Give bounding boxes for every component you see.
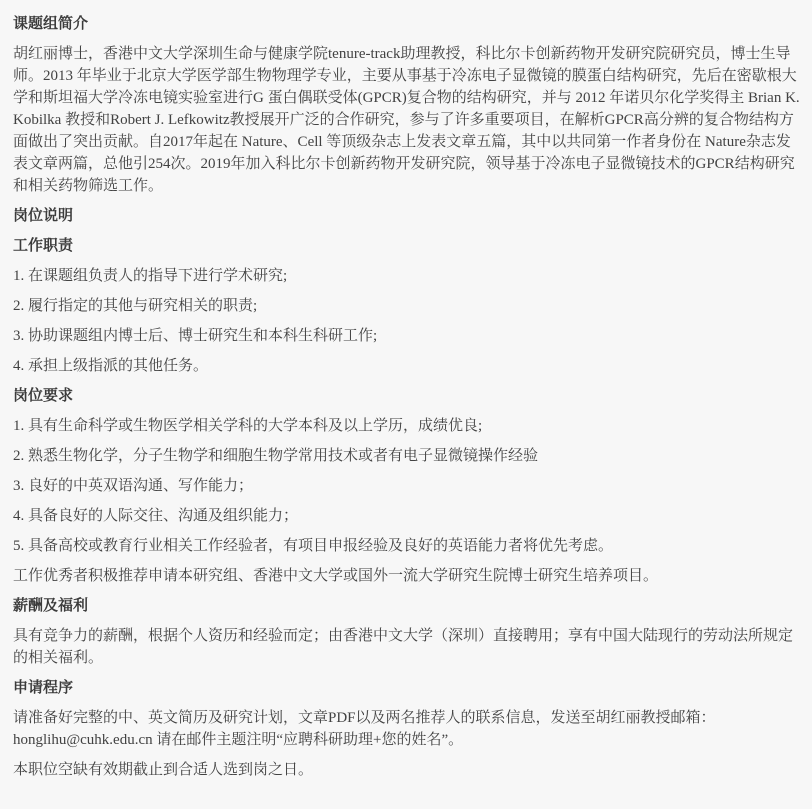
heading-salary-benefits: 薪酬及福利 — [13, 595, 800, 617]
duty-item-2: 2. 履行指定的其他与研究相关的职责; — [13, 295, 800, 317]
requirement-item-5: 5. 具备高校或教育行业相关工作经验者，有项目申报经验及良好的英语能力者将优先考… — [13, 535, 800, 557]
salary-benefits-paragraph: 具有竞争力的薪酬，根据个人资历和经验而定；由香港中文大学（深圳）直接聘用；享有中… — [13, 625, 800, 669]
requirement-item-3: 3. 良好的中英双语沟通、写作能力； — [13, 475, 800, 497]
duty-item-3: 3. 协助课题组内博士后、博士研究生和本科生科研工作; — [13, 325, 800, 347]
duty-item-4: 4. 承担上级指派的其他任务。 — [13, 355, 800, 377]
heading-application-procedure: 申请程序 — [13, 677, 800, 699]
heading-group-intro: 课题组简介 — [13, 13, 800, 35]
requirements-recommendation-note: 工作优秀者积极推荐申请本研究组、香港中文大学或国外一流大学研究生院博士研究生培养… — [13, 565, 800, 587]
application-validity-note: 本职位空缺有效期截止到合适人选到岗之日。 — [13, 759, 800, 781]
heading-requirements: 岗位要求 — [13, 385, 800, 407]
heading-duties: 工作职责 — [13, 235, 800, 257]
duty-item-1: 1. 在课题组负责人的指导下进行学术研究; — [13, 265, 800, 287]
heading-position-description: 岗位说明 — [13, 205, 800, 227]
group-intro-paragraph: 胡红丽博士，香港中文大学深圳生命与健康学院tenure-track助理教授，科比… — [13, 43, 800, 197]
requirement-item-1: 1. 具有生命科学或生物医学相关学科的大学本科及以上学历，成绩优良; — [13, 415, 800, 437]
application-procedure-paragraph: 请准备好完整的中、英文简历及研究计划，文章PDF以及两名推荐人的联系信息，发送至… — [13, 707, 800, 751]
requirement-item-2: 2. 熟悉生物化学，分子生物学和细胞生物学常用技术或者有电子显微镜操作经验 — [13, 445, 800, 467]
job-posting-document: 课题组简介 胡红丽博士，香港中文大学深圳生命与健康学院tenure-track助… — [0, 0, 812, 809]
requirement-item-4: 4. 具备良好的人际交往、沟通及组织能力； — [13, 505, 800, 527]
